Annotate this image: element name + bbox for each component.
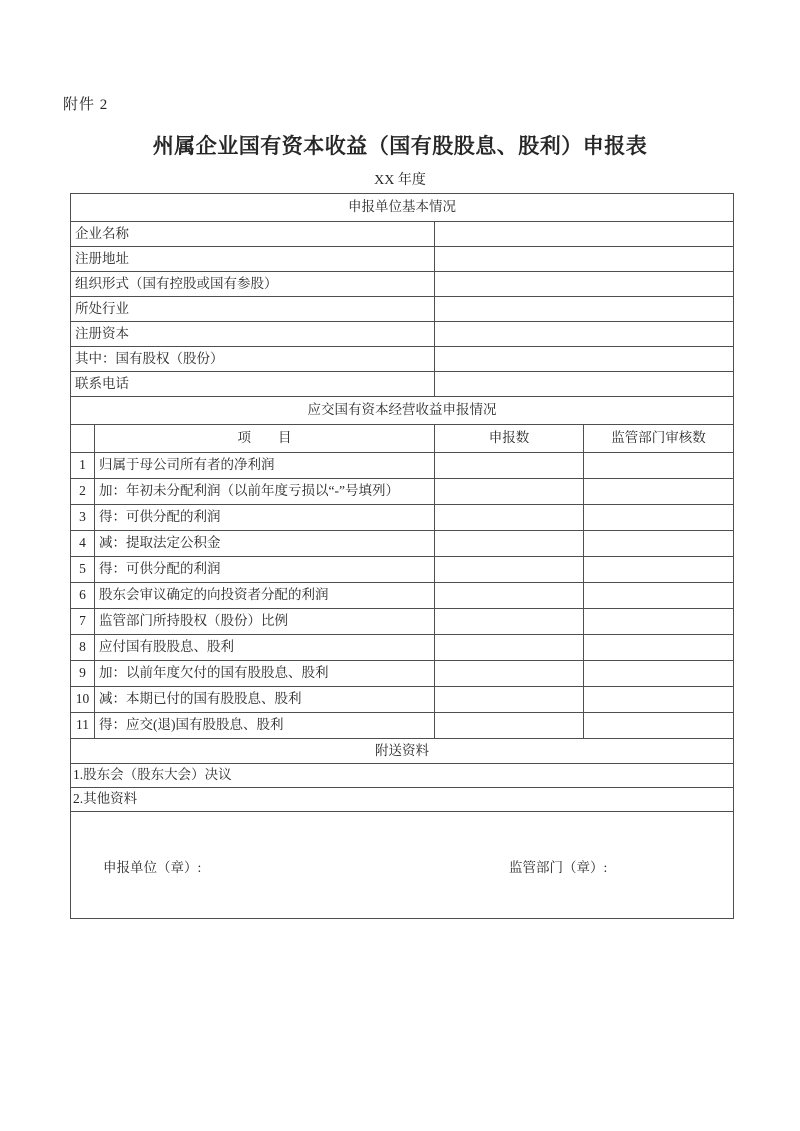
row-number: 6 [71,583,95,609]
verified-value-cell [584,453,734,479]
row-number: 2 [71,479,95,505]
basic-label-state-equity: 其中：国有股权（股份） [71,347,435,372]
declared-value-cell [435,661,584,687]
table-row: 所处行业 [71,297,734,322]
row-item-label: 减：本期已付的国有股股息、股利 [95,687,435,713]
row-item-label: 归属于母公司所有者的净利润 [95,453,435,479]
table-row: 10 减：本期已付的国有股股息、股利 [71,687,734,713]
page-title: 州属企业国有资本收益（国有股股息、股利）申报表 [0,130,800,160]
row-item-label: 监管部门所持股权（股份）比例 [95,609,435,635]
verified-value-cell [584,479,734,505]
row-item-label: 加：年初未分配利润（以前年度亏损以“-”号填列） [95,479,435,505]
table-row: 1 归属于母公司所有者的净利润 [71,453,734,479]
column-header-verified: 监管部门审核数 [584,425,734,453]
row-number: 9 [71,661,95,687]
row-number: 8 [71,635,95,661]
row-item-label: 得：应交(退)国有股股息、股利 [95,713,435,739]
row-item-label: 股东会审议确定的向投资者分配的利润 [95,583,435,609]
column-header-item: 项 目 [95,425,435,453]
declaration-column-header-row: 项 目 申报数 监管部门审核数 [71,425,734,453]
declaration-form-table: 申报单位基本情况 企业名称 注册地址 组织形式（国有控股或国有参股） 所处行业 … [70,193,734,919]
row-item-label: 加：以前年度欠付的国有股股息、股利 [95,661,435,687]
attachments-section-title: 附送资料 [71,739,734,764]
row-number: 5 [71,557,95,583]
attachments-section-header-row: 附送资料 [71,739,734,764]
declared-value-cell [435,713,584,739]
basic-info-section-title: 申报单位基本情况 [71,194,734,222]
basic-label-industry: 所处行业 [71,297,435,322]
table-row: 9 加：以前年度欠付的国有股股息、股利 [71,661,734,687]
row-item-label: 得：可供分配的利润 [95,505,435,531]
verified-value-cell [584,713,734,739]
table-row: 2 加：年初未分配利润（以前年度亏损以“-”号填列） [71,479,734,505]
row-item-label: 减：提取法定公积金 [95,531,435,557]
basic-label-company-name: 企业名称 [71,222,435,247]
verified-value-cell [584,505,734,531]
row-item-label: 应付国有股股息、股利 [95,635,435,661]
table-row: 注册地址 [71,247,734,272]
verified-value-cell [584,583,734,609]
table-row: 2.其他资料 [71,788,734,812]
table-row: 7 监管部门所持股权（股份）比例 [71,609,734,635]
declaration-section-title: 应交国有资本经营收益申报情况 [71,397,734,425]
basic-label-registered-address: 注册地址 [71,247,435,272]
verified-value-cell [584,609,734,635]
table-row: 注册资本 [71,322,734,347]
basic-info-section-header-row: 申报单位基本情况 [71,194,734,222]
verified-value-cell [584,687,734,713]
basic-value-registered-address [435,247,734,272]
verified-value-cell [584,635,734,661]
row-number: 10 [71,687,95,713]
table-row: 4 减：提取法定公积金 [71,531,734,557]
basic-value-registered-capital [435,322,734,347]
column-header-declared: 申报数 [435,425,584,453]
verified-value-cell [584,531,734,557]
signature-cell: 申报单位（章）: 监管部门（章）: [71,812,734,919]
document-page: 附件 2 州属企业国有资本收益（国有股股息、股利）申报表 XX 年度 申报单位基… [0,0,800,1131]
table-row: 8 应付国有股股息、股利 [71,635,734,661]
table-row: 组织形式（国有控股或国有参股） [71,272,734,297]
declared-value-cell [435,453,584,479]
row-item-label: 得：可供分配的利润 [95,557,435,583]
row-number: 3 [71,505,95,531]
basic-label-registered-capital: 注册资本 [71,322,435,347]
declared-value-cell [435,557,584,583]
attachment-item-resolution: 1.股东会（股东大会）决议 [71,764,734,788]
table-row: 3 得：可供分配的利润 [71,505,734,531]
declarer-seal-label: 申报单位（章）: [103,860,201,876]
basic-value-organization-form [435,272,734,297]
table-row: 联系电话 [71,372,734,397]
row-number: 4 [71,531,95,557]
row-number: 1 [71,453,95,479]
verified-value-cell [584,557,734,583]
declared-value-cell [435,687,584,713]
regulator-seal-label: 监管部门（章）: [509,860,607,876]
attachment-label: 附件 2 [63,93,108,114]
basic-label-organization-form: 组织形式（国有控股或国有参股） [71,272,435,297]
basic-value-company-name [435,222,734,247]
basic-value-industry [435,297,734,322]
table-row: 11 得：应交(退)国有股股息、股利 [71,713,734,739]
declaration-section-header-row: 应交国有资本经营收益申报情况 [71,397,734,425]
verified-value-cell [584,661,734,687]
signature-row: 申报单位（章）: 监管部门（章）: [71,812,734,919]
column-header-no [71,425,95,453]
table-row: 企业名称 [71,222,734,247]
table-row: 其中：国有股权（股份） [71,347,734,372]
basic-label-contact-phone: 联系电话 [71,372,435,397]
declared-value-cell [435,583,584,609]
row-number: 11 [71,713,95,739]
table-row: 1.股东会（股东大会）决议 [71,764,734,788]
row-number: 7 [71,609,95,635]
declared-value-cell [435,479,584,505]
basic-value-state-equity [435,347,734,372]
declared-value-cell [435,531,584,557]
declared-value-cell [435,635,584,661]
year-subtitle: XX 年度 [0,169,800,189]
attachment-item-other: 2.其他资料 [71,788,734,812]
table-row: 6 股东会审议确定的向投资者分配的利润 [71,583,734,609]
basic-value-contact-phone [435,372,734,397]
declared-value-cell [435,505,584,531]
table-row: 5 得：可供分配的利润 [71,557,734,583]
declared-value-cell [435,609,584,635]
